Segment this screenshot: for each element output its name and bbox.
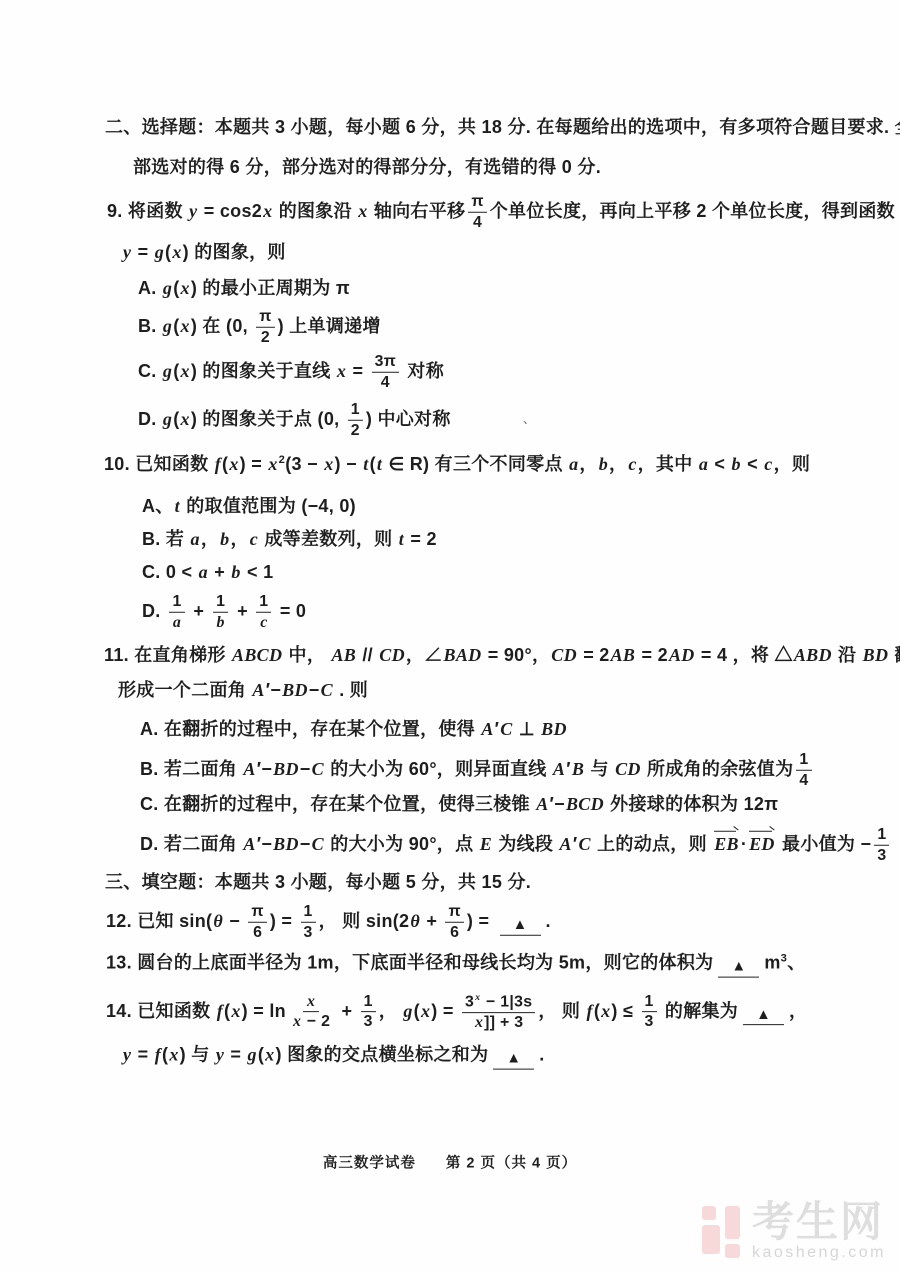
footer-page-info: 第 2 页（共 4 页） (446, 1152, 577, 1173)
question-14-line1: 14. 已知函数 f(x) = lnxx − 2 + 13， g(x) = 3x… (106, 992, 807, 1032)
question-10-stem: 10. 已知函数 f(x) = x2(3 − x) − t(t ∈ R) 有三个… (104, 448, 810, 476)
section3-header: 三、填空题：本题共 3 小题，每小题 5 分，共 15 分. (105, 870, 531, 894)
question-9-option-a: A. g(x) 的最小正周期为 π (138, 276, 350, 300)
kaosheng-logo-icon (702, 1203, 742, 1260)
question-11-stem-line2: 形成一个二面角 A′−BD−C . 则 (118, 678, 368, 702)
kaosheng-watermark: 考生网 kaosheng.com (702, 1201, 886, 1261)
question-11-option-a: A. 在翻折的过程中，存在某个位置，使得 A′C ⊥ BD (140, 717, 568, 741)
question-10-option-a: A、t 的取值范围为 (−4, 0) (142, 494, 356, 518)
scan-artifact: 、 (523, 410, 535, 427)
section2-header-line1: 二、选择题：本题共 3 小题，每小题 6 分，共 18 分. 在每题给出的选项中… (105, 115, 900, 139)
question-11-stem-line1: 11. 在直角梯形 ABCD 中， AB // CD，∠BAD = 90°，CD… (104, 643, 900, 667)
watermark-site-name: 考生网 (752, 1201, 886, 1243)
question-11-option-b: B. 若二面角 A′−BD−C 的大小为 60°，则异面直线 A′B 与 CD … (140, 751, 815, 789)
question-10-option-d: D. 1a + 1b + 1c = 0 (142, 593, 306, 631)
question-10-option-b: B. 若 a，b，c 成等差数列，则 t = 2 (142, 527, 437, 551)
question-10-option-c: C. 0 < a + b < 1 (142, 560, 273, 584)
question-11-option-d: D. 若二面角 A′−BD−C 的大小为 90°，点 E 为线段 A′C 上的动… (140, 826, 892, 864)
watermark-site-url: kaosheng.com (752, 1245, 886, 1261)
question-9-stem-line2: y = g(x) 的图象，则 (122, 240, 286, 264)
exam-page: 二、选择题：本题共 3 小题，每小题 6 分，共 18 分. 在每题给出的选项中… (0, 0, 900, 1273)
question-13: 13. 圆台的上底面半径为 1m，下底面半径和母线长均为 5m，则它的体积为▲m… (106, 947, 806, 978)
question-9-stem-line1: 9. 将函数 y = cos2x 的图象沿 x 轴向右平移π4个单位长度，再向上… (107, 193, 895, 231)
question-11-option-c: C. 在翻折的过程中，存在某个位置，使得三棱锥 A′−BCD 外接球的体积为 1… (140, 792, 778, 816)
question-9-option-b: B. g(x) 在 (0, π2) 上单调递增 (138, 308, 381, 346)
page-footer: 高三数学试卷 第 2 页（共 4 页） (0, 1152, 900, 1173)
question-12: 12. 已知 sin(θ − π6) = 13， 则 sin(2θ + π6) … (106, 903, 551, 941)
watermark-text: 考生网 kaosheng.com (752, 1201, 886, 1261)
question-14-line2: y = f(x) 与 y = g(x) 图象的交点横坐标之和为▲. (122, 1043, 545, 1070)
footer-exam-title: 高三数学试卷 (323, 1152, 416, 1173)
section2-header-line2: 部选对的得 6 分，部分选对的得部分分，有选错的得 0 分. (133, 155, 601, 179)
question-9-option-c: C. g(x) 的图象关于直线 x = 3π4 对称 (138, 353, 444, 391)
question-9-option-d: D. g(x) 的图象关于点 (0, 12) 中心对称 (138, 401, 451, 439)
